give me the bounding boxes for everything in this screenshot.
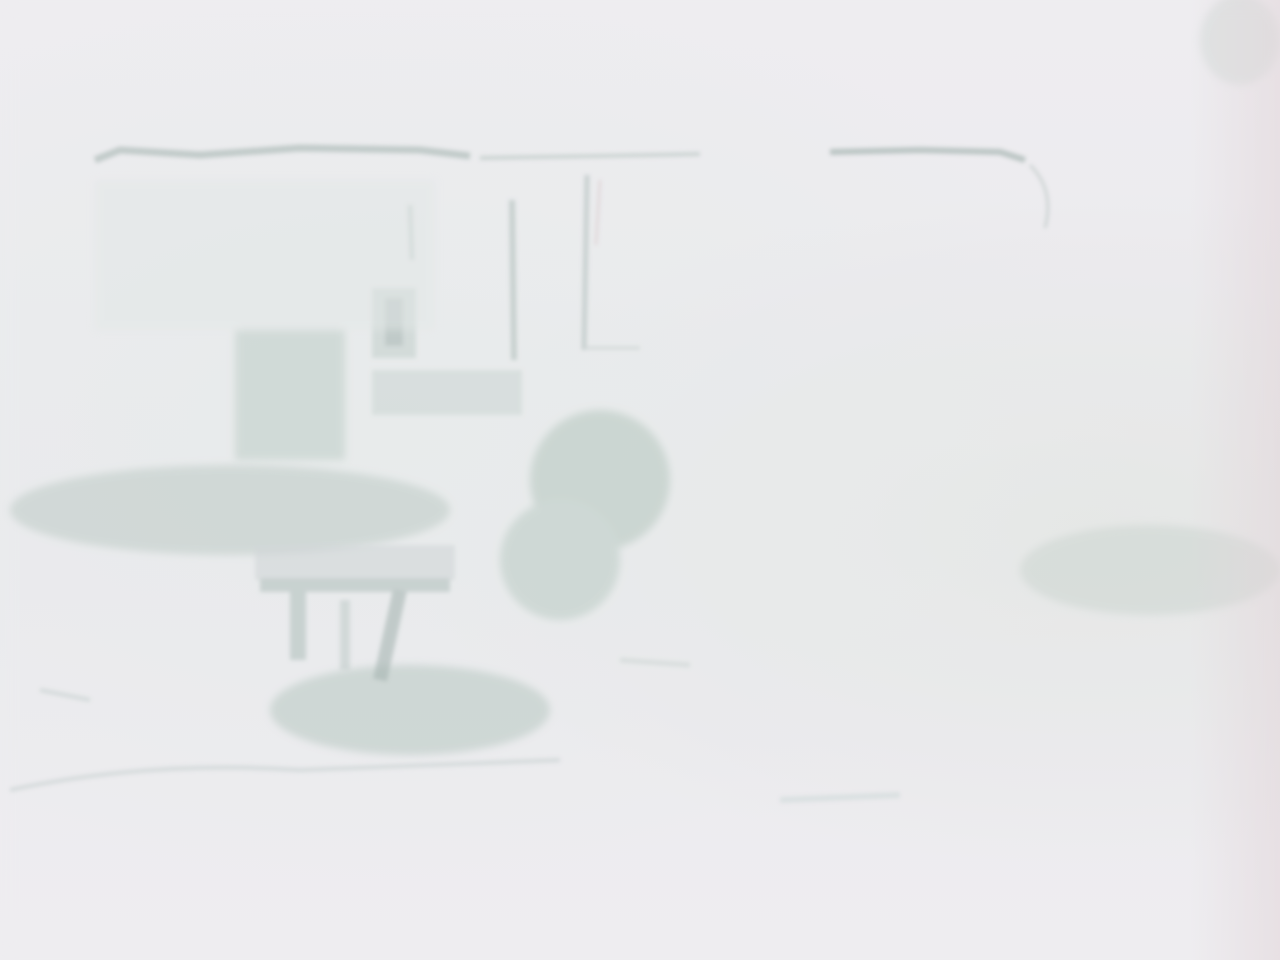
edge-tint bbox=[1190, 0, 1280, 960]
artwork-illustration bbox=[0, 0, 1280, 960]
faded-artwork bbox=[0, 0, 1280, 960]
